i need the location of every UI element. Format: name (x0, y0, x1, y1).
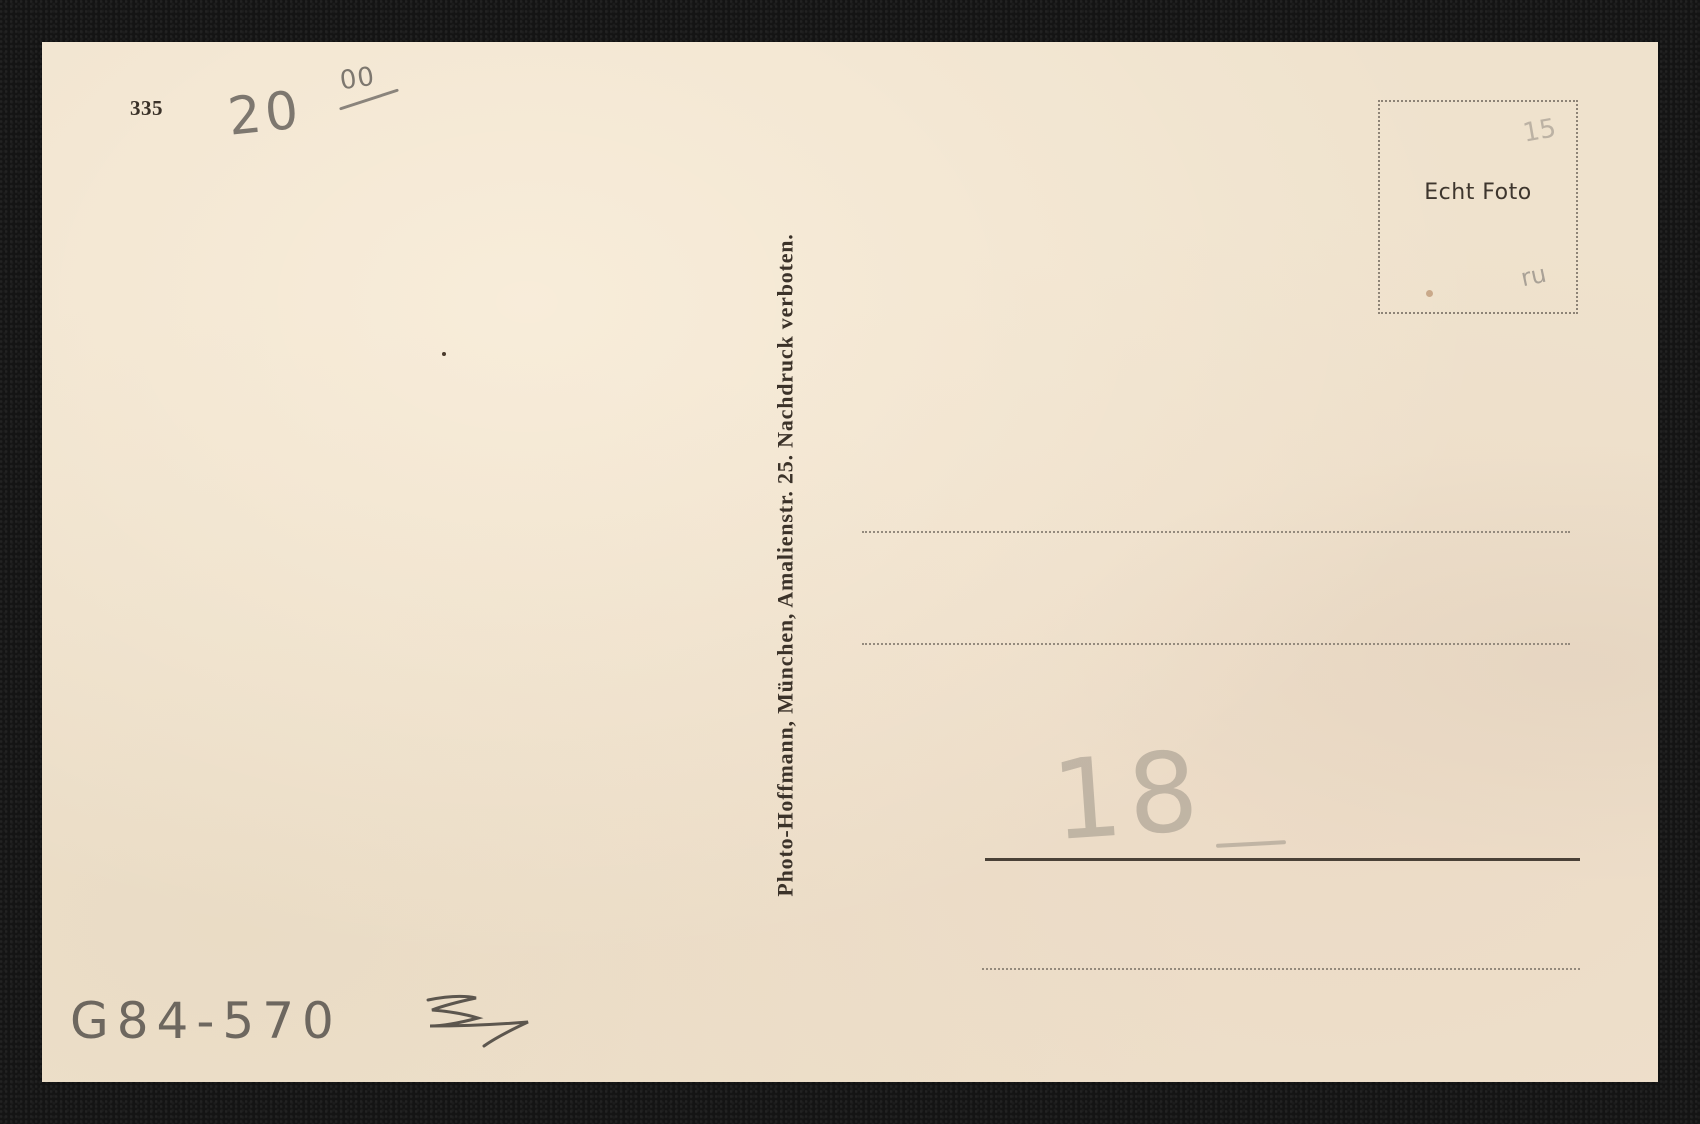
postcard-back: 335 20 00 Photo-Hoffmann, München, Amali… (42, 42, 1658, 1082)
archive-id: G84-570 (70, 992, 342, 1050)
pencil-note-dash (1216, 840, 1286, 848)
address-line-2 (862, 643, 1570, 645)
pencil-note: 18 (1048, 727, 1209, 865)
stamp-pencil-mark-bottom: ru (1518, 260, 1548, 293)
publisher-imprint: Photo-Hoffmann, München, Amalienstr. 25.… (768, 162, 804, 968)
print-number: 335 (130, 96, 163, 121)
paper-speck (442, 352, 446, 356)
stamp-pencil-mark-top: 15 (1521, 113, 1559, 148)
archive-initial-mark (418, 992, 588, 1052)
stain-dot (1426, 290, 1433, 297)
address-line-1 (862, 531, 1570, 533)
stamp-label: Echt Foto (1380, 180, 1576, 205)
publisher-imprint-text: Photo-Hoffmann, München, Amalienstr. 25.… (773, 233, 799, 896)
stamp-box: Echt Foto 15 ru (1378, 100, 1578, 314)
address-line-3 (982, 968, 1580, 970)
pencil-price: 20 (225, 80, 305, 147)
pencil-price-cents: 00 (338, 62, 377, 97)
address-line-solid (985, 858, 1580, 861)
